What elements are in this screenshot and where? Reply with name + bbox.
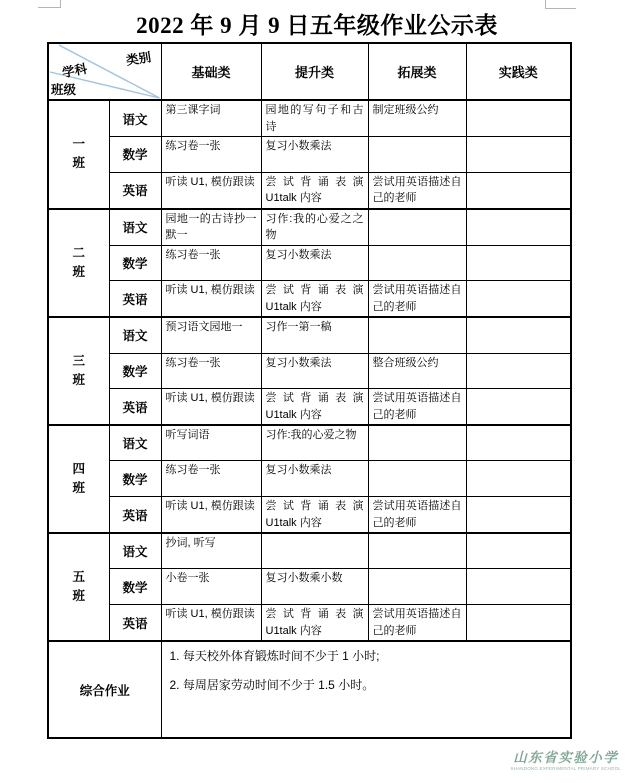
corner-label-class: 班级 [51, 80, 76, 98]
cell-improve: 尝试背诵表演 U1talk 内容 [261, 497, 368, 534]
cell-improve: 复习小数乘小数 [261, 569, 368, 605]
cell-expand [368, 137, 466, 173]
page-title: 2022 年 9 月 9 日五年级作业公示表 [0, 7, 634, 40]
cell-basic: 练习卷一张 [161, 245, 261, 281]
table-row: 英语 听读 U1, 模仿跟读 尝试背诵表演 U1talk 内容 尝试用英语描述自… [48, 497, 571, 534]
class-label-1: 一班 [48, 100, 109, 209]
class-label-4: 四班 [48, 425, 109, 533]
cell-basic: 听写词语 [161, 425, 261, 461]
cell-practice [466, 245, 571, 281]
cell-improve: 复习小数乘法 [261, 353, 368, 389]
cell-practice [466, 209, 571, 246]
cell-expand [368, 569, 466, 605]
cell-improve: 习作一第一稿 [261, 317, 368, 353]
header-row: 类别 学科 班级 基础类 提升类 拓展类 实践类 [48, 43, 571, 100]
comprehensive-homework-row: 综合作业 1. 每天校外体育锻炼时间不少于 1 小时; 2. 每周居家劳动时间不… [48, 641, 571, 738]
subject-label: 数学 [109, 569, 161, 605]
cell-basic: 听读 U1, 模仿跟读 [161, 281, 261, 318]
table-row: 数学 练习卷一张 复习小数乘法 [48, 137, 571, 173]
cell-improve: 复习小数乘法 [261, 461, 368, 497]
class-label-3: 三班 [48, 317, 109, 425]
cell-basic: 练习卷一张 [161, 353, 261, 389]
cell-expand [368, 425, 466, 461]
table-row: 英语 听读 U1, 模仿跟读 尝试背诵表演 U1talk 内容 尝试用英语描述自… [48, 281, 571, 318]
cell-practice [466, 389, 571, 426]
table-row: 数学 练习卷一张 复习小数乘法 整合班级公约 [48, 353, 571, 389]
school-logo-name: 山东省实验小学 [510, 751, 621, 766]
subject-label: 英语 [109, 605, 161, 642]
subject-label: 语文 [109, 533, 161, 569]
school-logo-caption: SHANDONG EXPERIMENTAL PRIMARY SCHOOL [510, 767, 621, 772]
cell-improve: 习作:我的心爱之之物 [261, 209, 368, 246]
cell-practice [466, 281, 571, 318]
table-row: 英语 听读 U1, 模仿跟读 尝试背诵表演 U1talk 内容 尝试用英语描述自… [48, 605, 571, 642]
cell-improve: 尝试背诵表演 U1talk 内容 [261, 281, 368, 318]
cell-expand: 尝试用英语描述自己的老师 [368, 172, 466, 209]
subject-label: 英语 [109, 497, 161, 534]
subject-label: 语文 [109, 317, 161, 353]
cell-basic: 听读 U1, 模仿跟读 [161, 172, 261, 209]
table-row: 五班 语文 抄词, 听写 [48, 533, 571, 569]
cell-basic: 练习卷一张 [161, 137, 261, 173]
table-row: 英语 听读 U1, 模仿跟读 尝试背诵表演 U1talk 内容 尝试用英语描述自… [48, 389, 571, 426]
class-label-2: 二班 [48, 209, 109, 318]
cell-basic: 听读 U1, 模仿跟读 [161, 389, 261, 426]
table-row: 一班 语文 第三课字词 园地的写句子和古诗 制定班级公约 [48, 100, 571, 137]
cell-expand: 尝试用英语描述自己的老师 [368, 605, 466, 642]
subject-label: 英语 [109, 389, 161, 426]
cell-expand: 制定班级公约 [368, 100, 466, 137]
cell-improve: 复习小数乘法 [261, 137, 368, 173]
subject-label: 英语 [109, 172, 161, 209]
table-row: 二班 语文 园地一的古诗抄一默一 习作:我的心爱之之物 [48, 209, 571, 246]
comprehensive-homework-label: 综合作业 [48, 641, 161, 738]
cell-expand: 尝试用英语描述自己的老师 [368, 389, 466, 426]
cell-expand [368, 461, 466, 497]
cell-expand: 整合班级公约 [368, 353, 466, 389]
table-row: 数学 练习卷一张 复习小数乘法 [48, 245, 571, 281]
cell-basic: 练习卷一张 [161, 461, 261, 497]
cell-improve: 尝试背诵表演 U1talk 内容 [261, 172, 368, 209]
cell-basic: 听读 U1, 模仿跟读 [161, 497, 261, 534]
cell-basic: 园地一的古诗抄一默一 [161, 209, 261, 246]
table-row: 英语 听读 U1, 模仿跟读 尝试背诵表演 U1talk 内容 尝试用英语描述自… [48, 172, 571, 209]
class-label-5: 五班 [48, 533, 109, 641]
cell-improve: 尝试背诵表演 U1talk 内容 [261, 605, 368, 642]
cell-improve [261, 533, 368, 569]
table-row: 三班 语文 预习语文园地一 习作一第一稿 [48, 317, 571, 353]
cell-basic: 听读 U1, 模仿跟读 [161, 605, 261, 642]
subject-label: 语文 [109, 425, 161, 461]
homework-table: 类别 学科 班级 基础类 提升类 拓展类 实践类 一班 语文 第三课字词 园地的… [47, 42, 572, 739]
cell-basic: 抄词, 听写 [161, 533, 261, 569]
cell-improve: 园地的写句子和古诗 [261, 100, 368, 137]
cell-practice [466, 569, 571, 605]
comprehensive-line-1: 1. 每天校外体育锻炼时间不少于 1 小时; [170, 648, 563, 665]
cell-improve: 尝试背诵表演 U1talk 内容 [261, 389, 368, 426]
cell-basic: 小卷一张 [161, 569, 261, 605]
cell-practice [466, 137, 571, 173]
cell-practice [466, 100, 571, 137]
comprehensive-homework-content: 1. 每天校外体育锻炼时间不少于 1 小时; 2. 每周居家劳动时间不少于 1.… [161, 641, 571, 738]
cell-basic: 第三课字词 [161, 100, 261, 137]
cell-improve: 复习小数乘法 [261, 245, 368, 281]
cell-practice [466, 172, 571, 209]
cell-practice [466, 605, 571, 642]
column-header-improve: 提升类 [261, 43, 368, 100]
table-row: 四班 语文 听写词语 习作:我的心爱之物 [48, 425, 571, 461]
cell-improve: 习作:我的心爱之物 [261, 425, 368, 461]
cell-basic: 预习语文园地一 [161, 317, 261, 353]
subject-label: 语文 [109, 209, 161, 246]
table-row: 数学 小卷一张 复习小数乘小数 [48, 569, 571, 605]
comprehensive-line-2: 2. 每周居家劳动时间不少于 1.5 小时。 [170, 677, 563, 694]
cell-expand: 尝试用英语描述自己的老师 [368, 281, 466, 318]
cell-practice [466, 461, 571, 497]
column-header-practice: 实践类 [466, 43, 571, 100]
subject-label: 数学 [109, 245, 161, 281]
subject-label: 英语 [109, 281, 161, 318]
cell-practice [466, 533, 571, 569]
subject-label: 数学 [109, 353, 161, 389]
column-header-expand: 拓展类 [368, 43, 466, 100]
cell-practice [466, 425, 571, 461]
cell-practice [466, 317, 571, 353]
corner-header-cell: 类别 学科 班级 [48, 43, 161, 100]
cell-expand [368, 533, 466, 569]
subject-label: 数学 [109, 137, 161, 173]
cell-expand [368, 245, 466, 281]
subject-label: 数学 [109, 461, 161, 497]
column-header-basic: 基础类 [161, 43, 261, 100]
cell-expand [368, 209, 466, 246]
cell-practice [466, 353, 571, 389]
cell-expand [368, 317, 466, 353]
table-row: 数学 练习卷一张 复习小数乘法 [48, 461, 571, 497]
cell-expand: 尝试用英语描述自己的老师 [368, 497, 466, 534]
subject-label: 语文 [109, 100, 161, 137]
school-logo: 山东省实验小学 SHANDONG EXPERIMENTAL PRIMARY SC… [510, 751, 621, 772]
cell-practice [466, 497, 571, 534]
